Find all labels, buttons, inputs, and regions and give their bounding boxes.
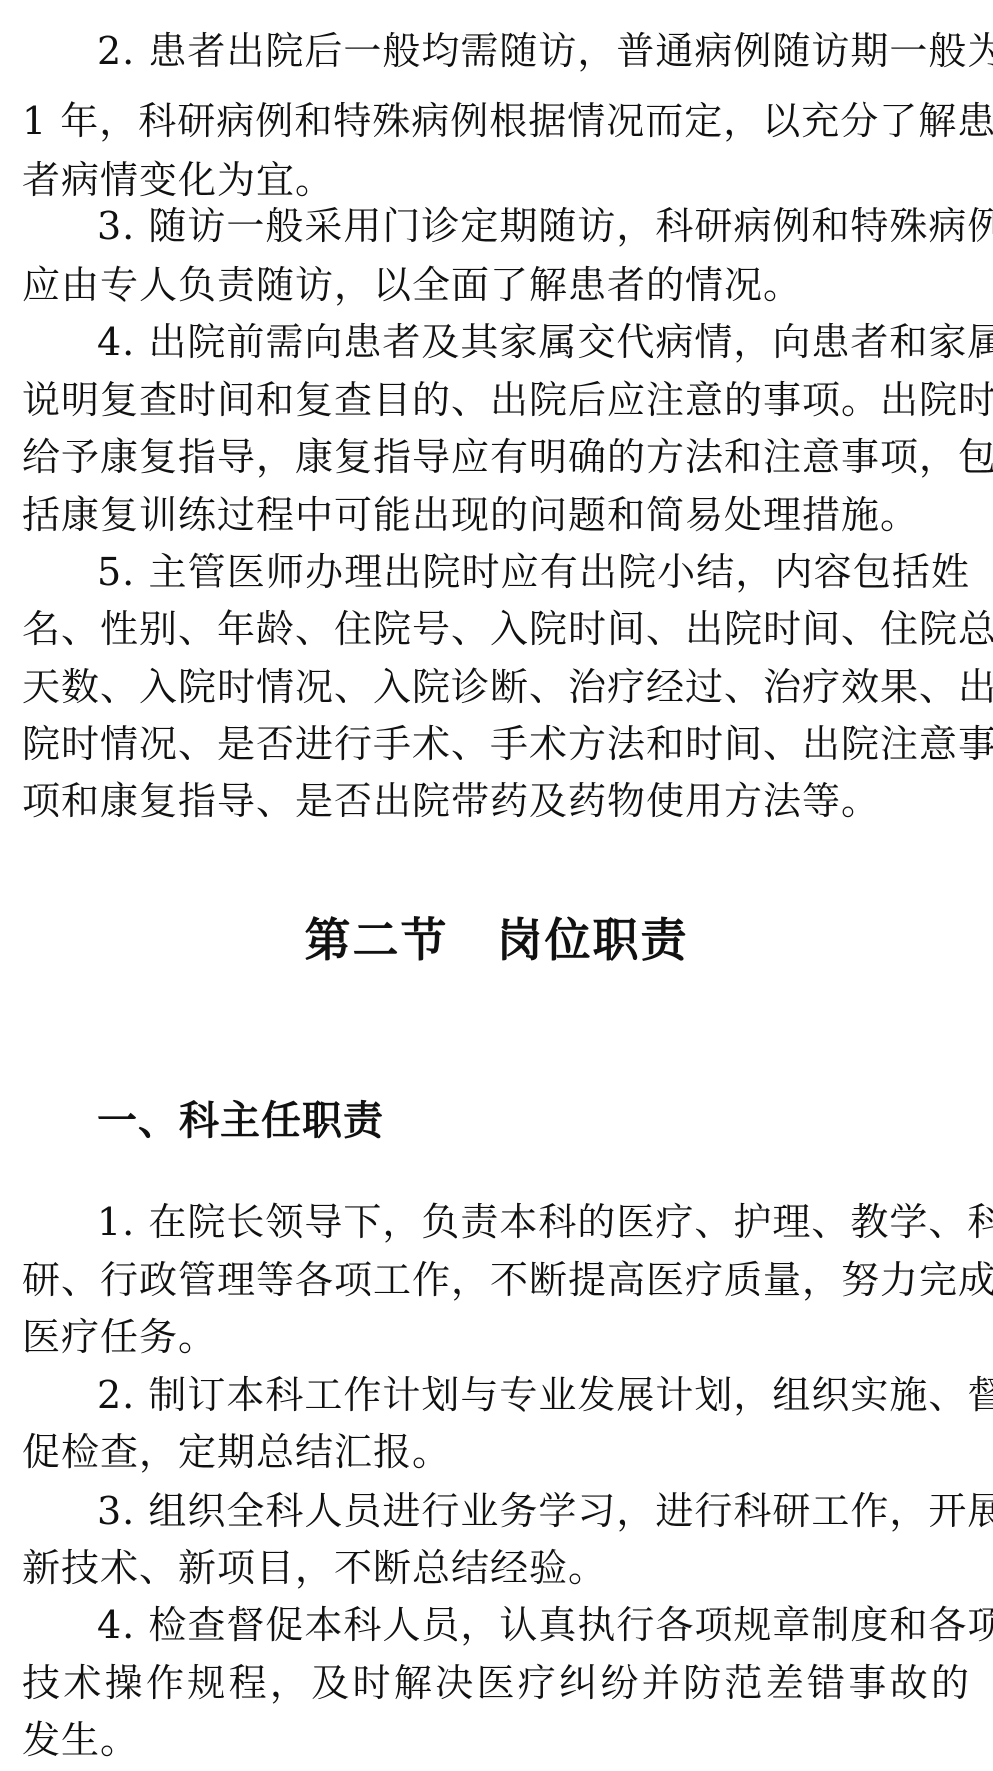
- text-line: 天数、入院时情况、入院诊断、治疗经过、治疗效果、出: [22, 663, 970, 711]
- text-line: 应由专人负责随访，以全面了解患者的情况。: [22, 261, 970, 309]
- text-line: 发生。: [22, 1716, 970, 1764]
- text-line: 1 年，科研病例和特殊病例根据情况而定，以充分了解患: [22, 97, 970, 145]
- text-line: 3. 随访一般采用门诊定期随访，科研病例和特殊病例: [97, 202, 970, 250]
- text-line: 项和康复指导、是否出院带药及药物使用方法等。: [22, 777, 970, 825]
- text-line: 3. 组织全科人员进行业务学习，进行科研工作，开展: [97, 1487, 970, 1535]
- text-line: 4. 检查督促本科人员，认真执行各项规章制度和各项: [97, 1601, 970, 1649]
- text-line: 2. 制订本科工作计划与专业发展计划，组织实施、督: [97, 1371, 970, 1419]
- text-line: 技术操作规程，及时解决医疗纠纷并防范差错事故的: [22, 1659, 970, 1707]
- text-line: 院时情况、是否进行手术、手术方法和时间、出院注意事: [22, 720, 970, 768]
- subsection-title: 一、科主任职责: [97, 1096, 384, 1146]
- text-line: 医疗任务。: [22, 1313, 970, 1361]
- section-title: 第二节 岗位职责: [0, 910, 993, 970]
- text-line: 5. 主管医师办理出院时应有出院小结，内容包括姓: [97, 548, 970, 596]
- text-line: 括康复训练过程中可能出现的问题和简易处理措施。: [22, 491, 970, 539]
- text-line: 2. 患者出院后一般均需随访，普通病例随访期一般为: [97, 27, 970, 75]
- text-line: 研、行政管理等各项工作，不断提高医疗质量，努力完成: [22, 1256, 970, 1304]
- text-line: 新技术、新项目，不断总结经验。: [22, 1544, 970, 1592]
- text-line: 4. 出院前需向患者及其家属交代病情，向患者和家属: [97, 318, 970, 366]
- text-line: 促检查，定期总结汇报。: [22, 1428, 970, 1476]
- document-page: 2. 患者出院后一般均需随访，普通病例随访期一般为 1 年，科研病例和特殊病例根…: [0, 0, 993, 1771]
- text-line: 者病情变化为宜。: [22, 156, 970, 204]
- text-line: 给予康复指导，康复指导应有明确的方法和注意事项，包: [22, 433, 970, 481]
- text-line: 说明复查时间和复查目的、出院后应注意的事项。出院时: [22, 376, 970, 424]
- text-line: 名、性别、年龄、住院号、入院时间、出院时间、住院总: [22, 605, 970, 653]
- text-line: 1. 在院长领导下，负责本科的医疗、护理、教学、科: [97, 1198, 970, 1246]
